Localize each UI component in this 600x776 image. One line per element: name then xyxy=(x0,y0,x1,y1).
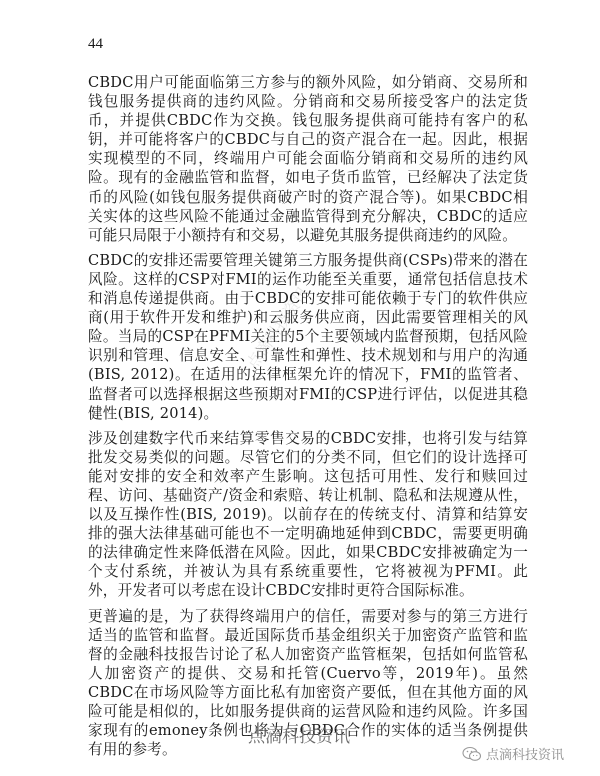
paragraph-csp-risk: CBDC的安排还需要管理关键第三方服务提供商(CSPs)带来的潜在风险。这样的C… xyxy=(88,251,528,423)
footer-brand: 点滴科技资讯 xyxy=(248,722,350,747)
wechat-account-name: 点滴科技资讯 xyxy=(486,744,564,763)
page-number: 44 xyxy=(88,36,103,53)
document-body: CBDC用户可能面临第三方参与的额外风险，如分销商、交易所和钱包服务提供商的违约… xyxy=(88,73,528,765)
paragraph-retail-settlement: 涉及创建数字代币来结算零售交易的CBDC安排，也将引发与结算批发交易类似的问题。… xyxy=(88,429,528,601)
paragraph-third-party-risk: CBDC用户可能面临第三方参与的额外风险，如分销商、交易所和钱包服务提供商的违约… xyxy=(88,73,528,245)
wechat-account-tag: 点滴科技资讯 xyxy=(462,744,564,763)
wechat-icon xyxy=(462,746,482,762)
